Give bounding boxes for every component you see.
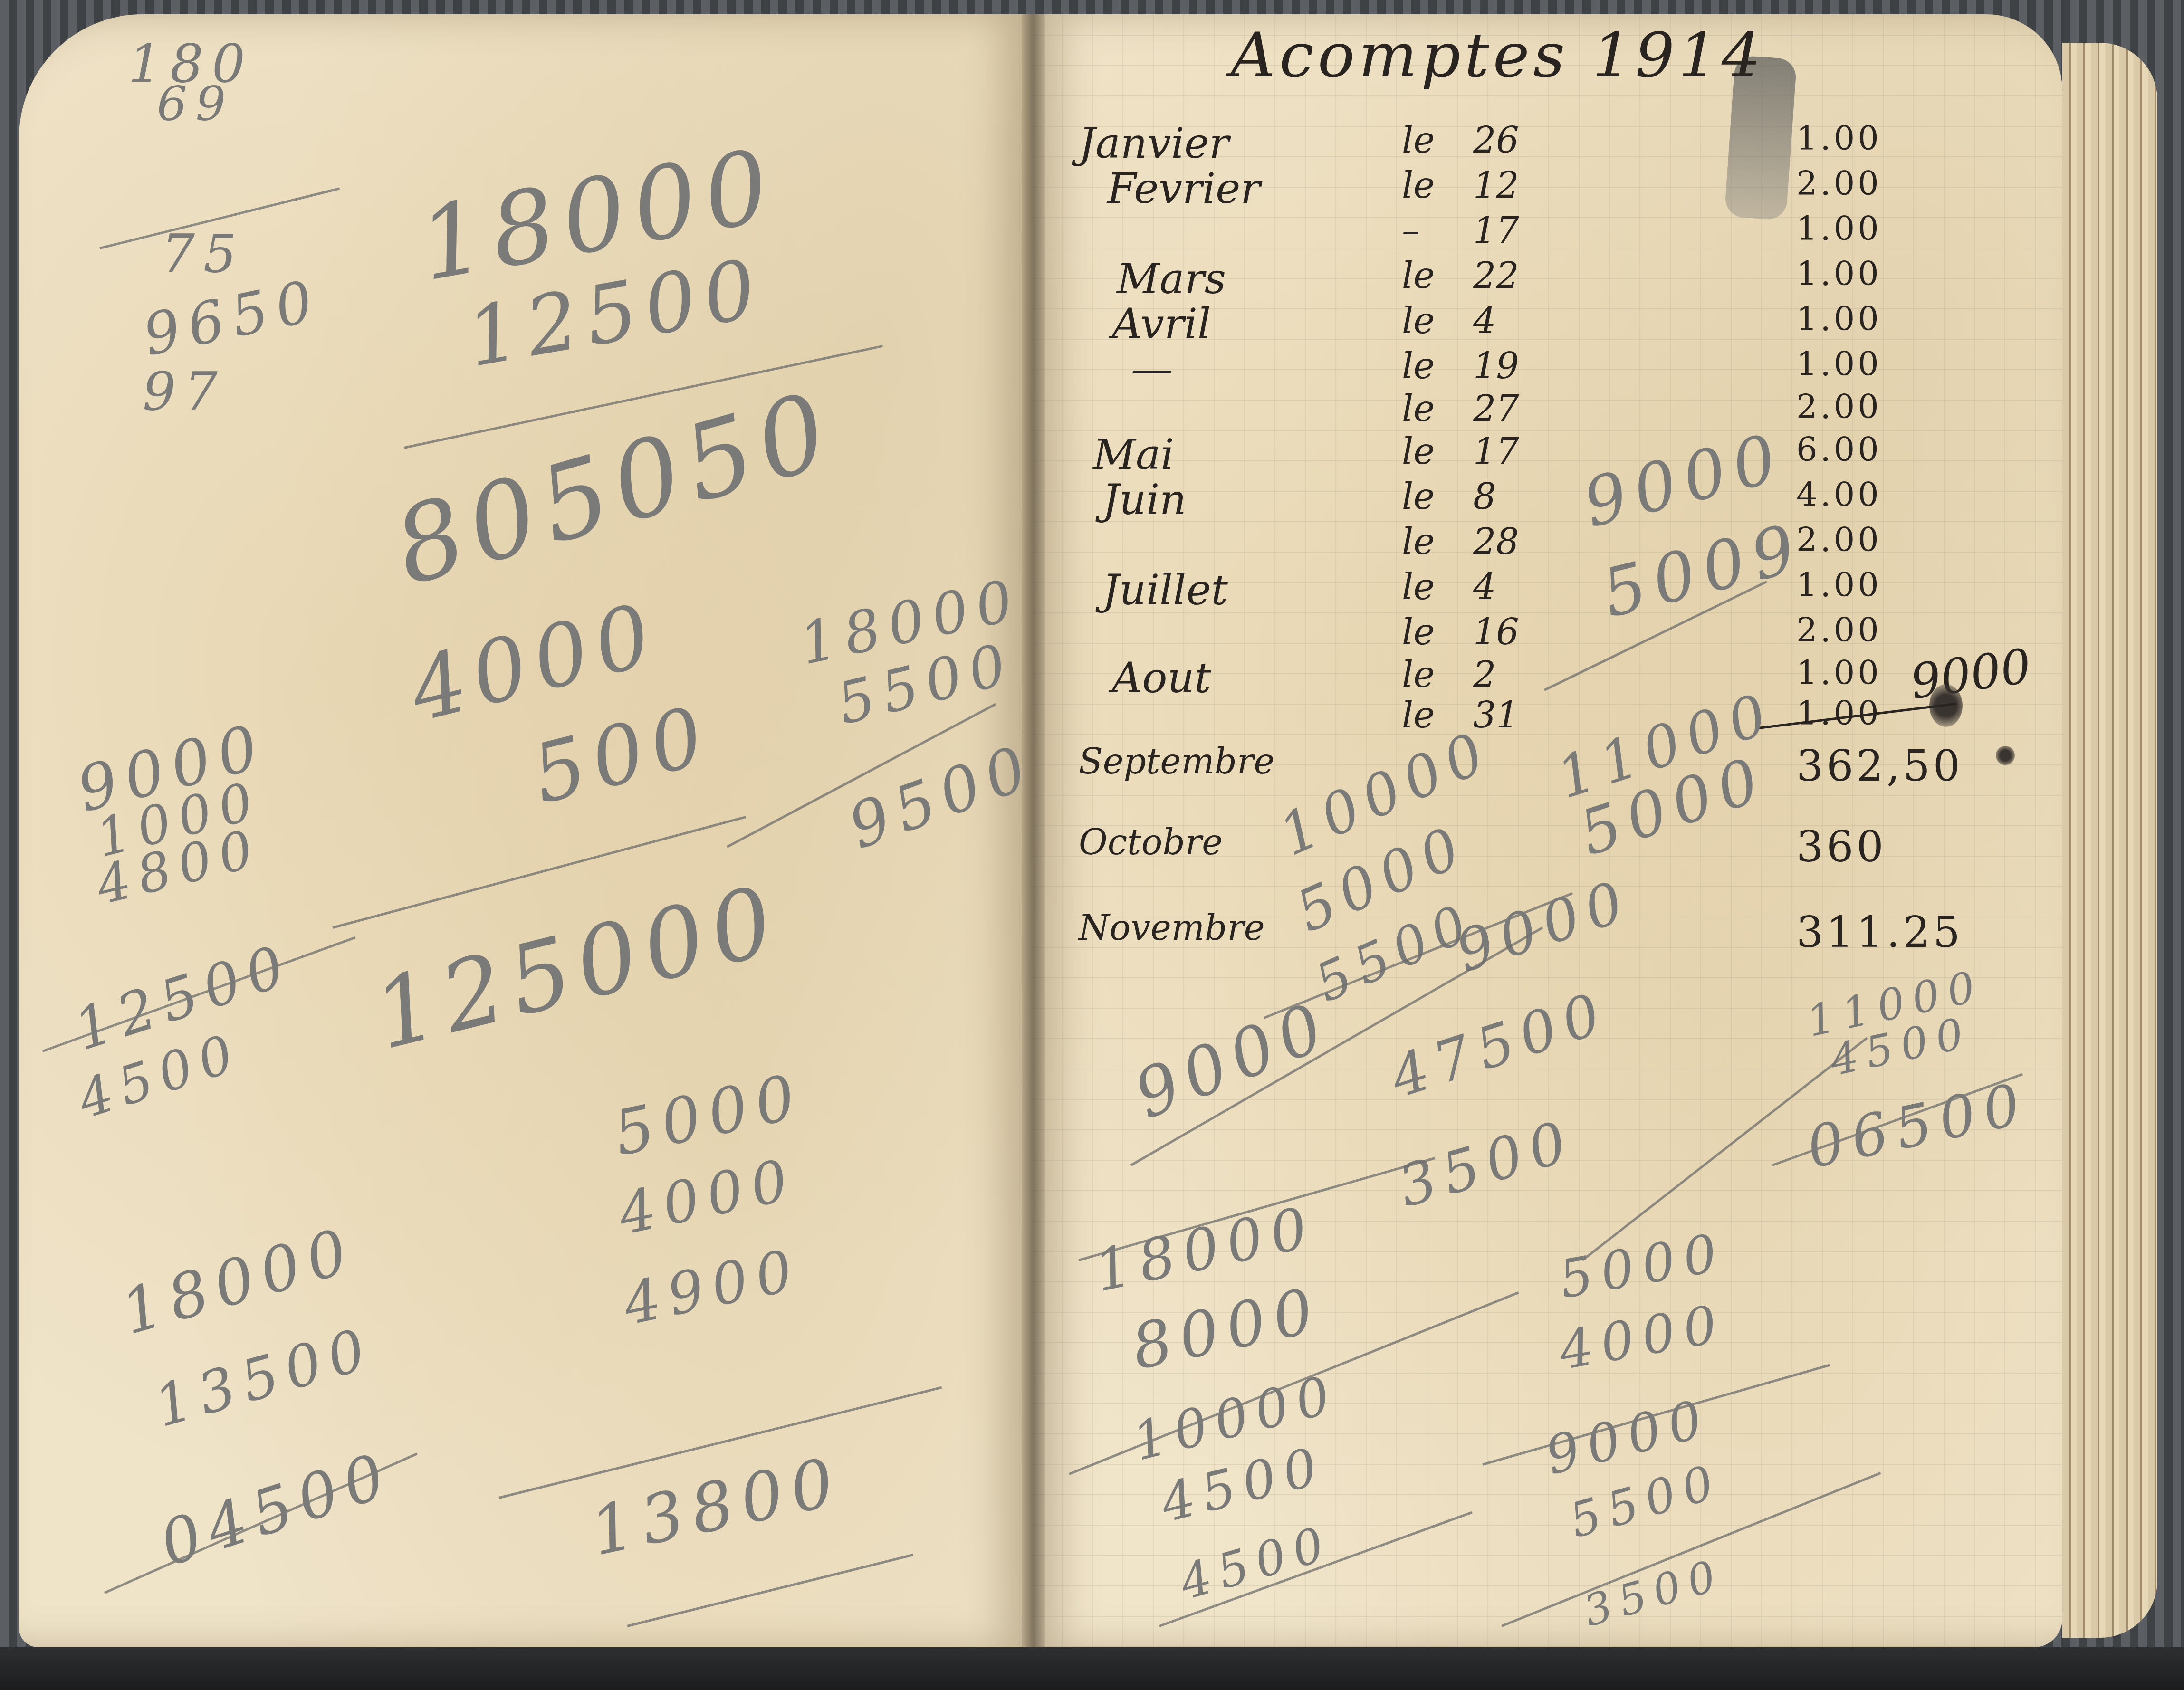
- ledger-amount: 2.00: [1796, 387, 1882, 426]
- ledger-amount: 4.00: [1796, 475, 1882, 514]
- ledger-amount: 1.00: [1796, 209, 1882, 248]
- ledger-day: 8: [1473, 475, 1496, 517]
- ledger-day: 22: [1473, 254, 1519, 296]
- ledger-row: le 16 2.00: [0, 611, 2184, 656]
- total-row: Novembre 311.25: [0, 907, 2184, 953]
- ledger-amount: 1.00: [1796, 254, 1882, 293]
- ledger-month: Juin: [1102, 475, 1187, 524]
- ledger-row: Janvier le 26 1.00: [0, 119, 2184, 164]
- ledger-day: 17: [1473, 430, 1519, 472]
- ledger-le: –: [1402, 209, 1420, 251]
- ledger-day: 17: [1473, 209, 1519, 251]
- ledger-day: 4: [1473, 565, 1496, 608]
- ledger-le: le: [1402, 344, 1435, 387]
- ledger-le: le: [1402, 565, 1435, 608]
- total-amount: 360: [1796, 822, 1887, 872]
- ledger-row: Mars le 22 1.00: [0, 254, 2184, 300]
- ledger-row: – 17 1.00: [0, 209, 2184, 255]
- ledger-le: le: [1402, 387, 1435, 430]
- ledger-day: 28: [1473, 520, 1519, 563]
- ledger-month: Avril: [1112, 299, 1211, 348]
- ledger-row: Avril le 4 1.00: [0, 299, 2184, 345]
- ledger-le: le: [1402, 254, 1435, 296]
- ledger-le: le: [1402, 119, 1435, 161]
- ledger-amount: 1.00: [1796, 565, 1882, 604]
- ledger-amount: 1.00: [1796, 344, 1882, 383]
- ledger-le: le: [1402, 611, 1435, 653]
- ledger-row: Juillet le 4 1.00: [0, 565, 2184, 611]
- ledger-le: le: [1402, 164, 1435, 206]
- ledger-month: Mai: [1093, 430, 1174, 479]
- ledger-le: le: [1402, 299, 1435, 342]
- total-row: Octobre 360: [0, 822, 2184, 868]
- ledger-le: le: [1402, 520, 1435, 563]
- ledger-day: 2: [1473, 653, 1496, 696]
- scan-bottom-edge: [0, 1647, 2184, 1690]
- ledger-month: Mars: [1117, 254, 1226, 303]
- ledger-row: le 28 2.00: [0, 520, 2184, 566]
- ledger-day: 26: [1473, 119, 1519, 161]
- ledger-le: le: [1402, 694, 1435, 736]
- ledger-day: 16: [1473, 611, 1519, 653]
- ledger-amount: 2.00: [1796, 520, 1882, 559]
- ledger-row: Fevrier le 12 2.00: [0, 164, 2184, 210]
- ledger-le: le: [1402, 653, 1435, 696]
- ledger-month: Janvier: [1079, 119, 1229, 168]
- ledger-row: Aout le 2 1.00: [0, 653, 2184, 699]
- ledger-day: 4: [1473, 299, 1496, 342]
- total-row: Septembre 362,50: [0, 741, 2184, 787]
- ledger-row: — le 19 1.00: [0, 344, 2184, 390]
- ledger-amount: 2.00: [1796, 164, 1882, 203]
- ledger-amount: 2.00: [1796, 611, 1882, 649]
- total-month: Septembre: [1079, 741, 1274, 782]
- ledger-month: —: [1131, 344, 1173, 393]
- total-amount: 311.25: [1796, 907, 1963, 957]
- ledger-amount: 6.00: [1796, 430, 1882, 469]
- ledger-day: 27: [1473, 387, 1519, 430]
- ledger-row: Mai le 17 6.00: [0, 430, 2184, 476]
- ledger-amount: 1.00: [1796, 299, 1882, 338]
- ledger-title: Acomptes 1914: [1231, 19, 1765, 91]
- ledger-day: 12: [1473, 164, 1519, 206]
- ledger-row: le 27 2.00: [0, 387, 2184, 433]
- ledger-day: 19: [1473, 344, 1519, 387]
- ledger-amount: 1.00: [1796, 653, 1882, 692]
- total-amount: 362,50: [1796, 741, 1963, 791]
- ledger-row: Juin le 8 4.00: [0, 475, 2184, 521]
- ledger-amount: 1.00: [1796, 119, 1882, 158]
- ledger-month: Juillet: [1102, 565, 1228, 614]
- ledger-le: le: [1402, 430, 1435, 472]
- ledger-le: le: [1402, 475, 1435, 517]
- ledger-month: Fevrier: [1107, 164, 1260, 213]
- total-month: Novembre: [1079, 907, 1265, 948]
- total-month: Octobre: [1079, 822, 1223, 863]
